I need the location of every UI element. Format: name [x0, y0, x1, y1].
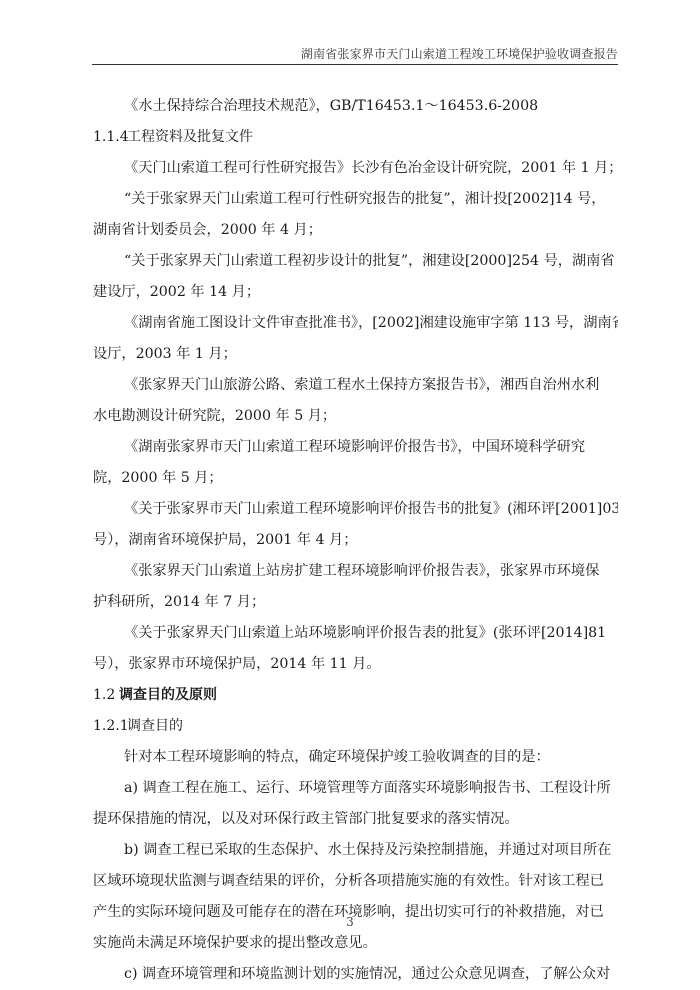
- line-text: 实施尚未满足环境保护要求的提出整改意见。: [93, 935, 377, 951]
- line-text: 设厅，2003 年 1 月；: [93, 346, 237, 362]
- line-text: 号），湖南省环境保护局，2001 年 4 月；: [93, 532, 357, 548]
- line-text: 《天门山索道工程可行性研究报告》长沙有色冶金设计研究院，2001 年 1 月；: [124, 160, 618, 176]
- line-text: 针对本工程环境影响的特点，确定环境保护竣工验收调查的目的是：: [124, 749, 550, 765]
- section-heading-1-1-4: 1.1.4工程资料及批复文件: [93, 122, 618, 153]
- line-text: b) 调查工程已采取的生态保护、水土保持及污染控制措施，并通过对项目所在: [124, 842, 611, 858]
- line-text: 号），张家界市环境保护局，2014 年 11 月。: [93, 656, 381, 672]
- paragraph-line: 《天门山索道工程可行性研究报告》长沙有色冶金设计研究院，2001 年 1 月；: [93, 153, 618, 184]
- paragraph-line: 号），湖南省环境保护局，2001 年 4 月；: [93, 525, 618, 556]
- line-text: 《张家界天门山旅游公路、索道工程水土保持方案报告书》，湘西自治州水利: [124, 377, 599, 393]
- line-text: a) 调查工程在施工、运行、环境管理等方面落实环境影响报告书、工程设计所: [124, 780, 611, 796]
- paragraph-line: 《湖南张家界市天门山索道工程环境影响评价报告书》，中国环境科学研究: [93, 432, 618, 463]
- line-text: c) 调查环境管理和环境监测计划的实施情况，通过公众意见调查，了解公众对: [124, 966, 610, 982]
- paragraph-line: b) 调查工程已采取的生态保护、水土保持及污染控制措施，并通过对项目所在: [93, 835, 618, 866]
- line-text: 护科研所，2014 年 7 月；: [93, 594, 265, 610]
- paragraph-line: 水电勘测设计研究院，2000 年 5 月；: [93, 401, 618, 432]
- heading-number: 1.1.4: [93, 122, 127, 153]
- line-text: 《关于张家界市天门山索道工程环境影响评价报告书的批复》(湘环评[2001]032: [124, 501, 618, 517]
- line-text: 《张家界天门山索道上站房扩建工程环境影响评价报告表》，张家界市环境保: [124, 563, 599, 579]
- paragraph-line: 实施尚未满足环境保护要求的提出整改意见。: [93, 928, 618, 959]
- line-text: 院，2000 年 5 月；: [93, 470, 223, 486]
- paragraph-line: 《张家界天门山旅游公路、索道工程水土保持方案报告书》，湘西自治州水利: [93, 370, 618, 401]
- page-number: 3: [0, 915, 700, 929]
- heading-number: 1.2.1: [93, 711, 127, 742]
- paragraph-line: 号），张家界市环境保护局，2014 年 11 月。: [93, 649, 618, 680]
- line-text: 水电勘测设计研究院，2000 年 5 月；: [93, 408, 336, 424]
- section-heading-1-2-1: 1.2.1调查目的: [93, 711, 618, 742]
- line-text: 《湖南张家界市天门山索道工程环境影响评价报告书》，中国环境科学研究: [124, 439, 585, 455]
- heading-text: 调查目的及原则: [119, 687, 217, 703]
- section-heading-1-2: 1.2调查目的及原则: [93, 680, 618, 711]
- line-text: 《水土保持综合治理技术规范》，GB/T16453.1～16453.6-2008: [124, 98, 538, 114]
- paragraph-line: 《关于张家界市天门山索道工程环境影响评价报告书的批复》(湘环评[2001]032: [93, 494, 618, 525]
- line-text: 区域环境现状监测与调查结果的评价，分析各项措施实施的有效性。针对该工程已: [93, 873, 604, 889]
- paragraph-line: 湖南省计划委员会，2000 年 4 月；: [93, 215, 618, 246]
- paragraph-line: 提环保措施的情况，以及对环保行政主管部门批复要求的落实情况。: [93, 804, 618, 835]
- paragraph-line: 设厅，2003 年 1 月；: [93, 339, 618, 370]
- line-text: “关于张家界天门山索道工程初步设计的批复”，湘建设[2000]254 号，湖南省: [124, 253, 615, 269]
- heading-number: 1.2: [93, 680, 119, 711]
- paragraph-line: 建设厅，2002 年 14 月；: [93, 277, 618, 308]
- line-text: 《湖南省施工图设计文件审查批准书》，[2002]湘建设施审字第 113 号，湖南…: [124, 315, 618, 331]
- heading-text: 调查目的: [127, 718, 183, 734]
- paragraph-line: 《湖南省施工图设计文件审查批准书》，[2002]湘建设施审字第 113 号，湖南…: [93, 308, 618, 339]
- paragraph-line: 《水土保持综合治理技术规范》，GB/T16453.1～16453.6-2008: [93, 91, 618, 122]
- header-rule: [92, 64, 618, 65]
- paragraph-line: “关于张家界天门山索道工程可行性研究报告的批复”，湘计投[2002]14 号，: [93, 184, 618, 215]
- paragraph-line: a) 调查工程在施工、运行、环境管理等方面落实环境影响报告书、工程设计所: [93, 773, 618, 804]
- paragraph-line: 《关于张家界天门山索道上站环境影响评价报告表的批复》(张环评[2014]81: [93, 618, 618, 649]
- line-text: 提环保措施的情况，以及对环保行政主管部门批复要求的落实情况。: [93, 811, 519, 827]
- paragraph-line: 院，2000 年 5 月；: [93, 463, 618, 494]
- paragraph-line: 区域环境现状监测与调查结果的评价，分析各项措施实施的有效性。针对该工程已: [93, 866, 618, 897]
- paragraph-line: 《张家界天门山索道上站房扩建工程环境影响评价报告表》，张家界市环境保: [93, 556, 618, 587]
- line-text: 湖南省计划委员会，2000 年 4 月；: [93, 222, 322, 238]
- paragraph-line: 护科研所，2014 年 7 月；: [93, 587, 618, 618]
- paragraph-line: c) 调查环境管理和环境监测计划的实施情况，通过公众意见调查，了解公众对: [93, 959, 618, 990]
- running-header-title: 湖南省张家界市天门山索道工程竣工环境保护验收调查报告: [301, 45, 618, 62]
- line-text: 《关于张家界天门山索道上站环境影响评价报告表的批复》(张环评[2014]81: [124, 625, 606, 641]
- document-body: 《水土保持综合治理技术规范》，GB/T16453.1～16453.6-2008 …: [93, 91, 618, 990]
- paragraph-line: 针对本工程环境影响的特点，确定环境保护竣工验收调查的目的是：: [93, 742, 618, 773]
- paragraph-line: “关于张家界天门山索道工程初步设计的批复”，湘建设[2000]254 号，湖南省: [93, 246, 618, 277]
- line-text: “关于张家界天门山索道工程可行性研究报告的批复”，湘计投[2002]14 号，: [124, 191, 606, 207]
- line-text: 建设厅，2002 年 14 月；: [93, 284, 260, 300]
- heading-text: 工程资料及批复文件: [127, 129, 253, 145]
